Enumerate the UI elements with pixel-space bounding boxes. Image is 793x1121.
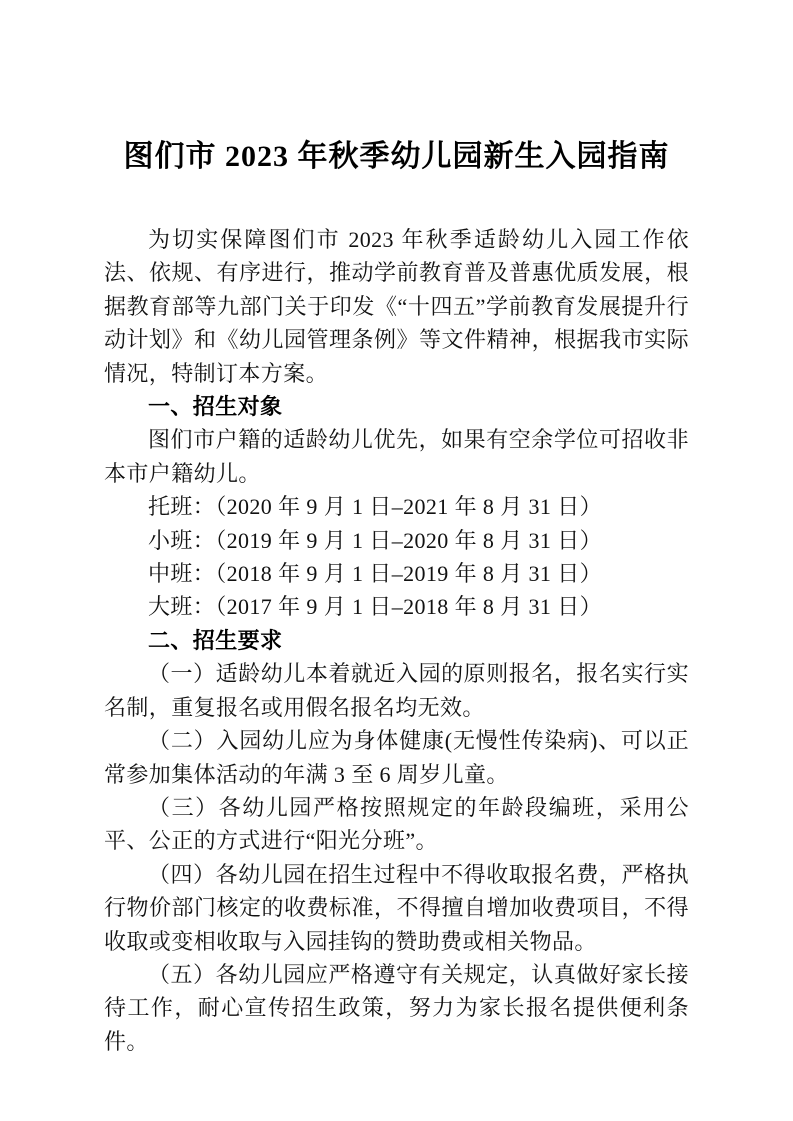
section-heading-enrollment-requirements: 二、招生要求 [104,624,689,657]
requirement-paragraph-1: （一）适龄幼儿本着就近入园的原则报名，报名实行实名制，重复报名或用假名报名均无效… [104,657,689,724]
enrollment-targets-paragraph: 图们市户籍的适龄幼儿优先，如果有空余学位可招收非本市户籍幼儿。 [104,423,689,490]
date-line-tuoban: 托班：（2020 年 9 月 1 日–2021 年 8 月 31 日） [104,490,689,523]
document-content: 图们市 2023 年秋季幼儿园新生入园指南 为切实保障图们市 2023 年秋季适… [0,0,793,1058]
requirement-paragraph-5: （五）各幼儿园应严格遵守有关规定，认真做好家长接待工作，耐心宣传招生政策，努力为… [104,958,689,1058]
requirement-paragraph-2: （二）入园幼儿应为身体健康(无慢性传染病)、可以正常参加集体活动的年满 3 至 … [104,724,689,791]
document-page: 图们市 2023 年秋季幼儿园新生入园指南 为切实保障图们市 2023 年秋季适… [0,0,793,1121]
date-line-xiaoban: 小班：（2019 年 9 月 1 日–2020 年 8 月 31 日） [104,524,689,557]
document-title: 图们市 2023 年秋季幼儿园新生入园指南 [104,137,689,177]
requirement-paragraph-4: （四）各幼儿园在招生过程中不得收取报名费，严格执行物价部门核定的收费标准，不得擅… [104,858,689,958]
intro-paragraph: 为切实保障图们市 2023 年秋季适龄幼儿入园工作依法、依规、有序进行，推动学前… [104,223,689,390]
section-heading-enrollment-targets: 一、招生对象 [104,390,689,423]
date-line-daban: 大班：（2017 年 9 月 1 日–2018 年 8 月 31 日） [104,590,689,623]
date-line-zhongban: 中班：（2018 年 9 月 1 日–2019 年 8 月 31 日） [104,557,689,590]
requirement-paragraph-3: （三）各幼儿园严格按照规定的年龄段编班，采用公平、公正的方式进行“阳光分班”。 [104,791,689,858]
